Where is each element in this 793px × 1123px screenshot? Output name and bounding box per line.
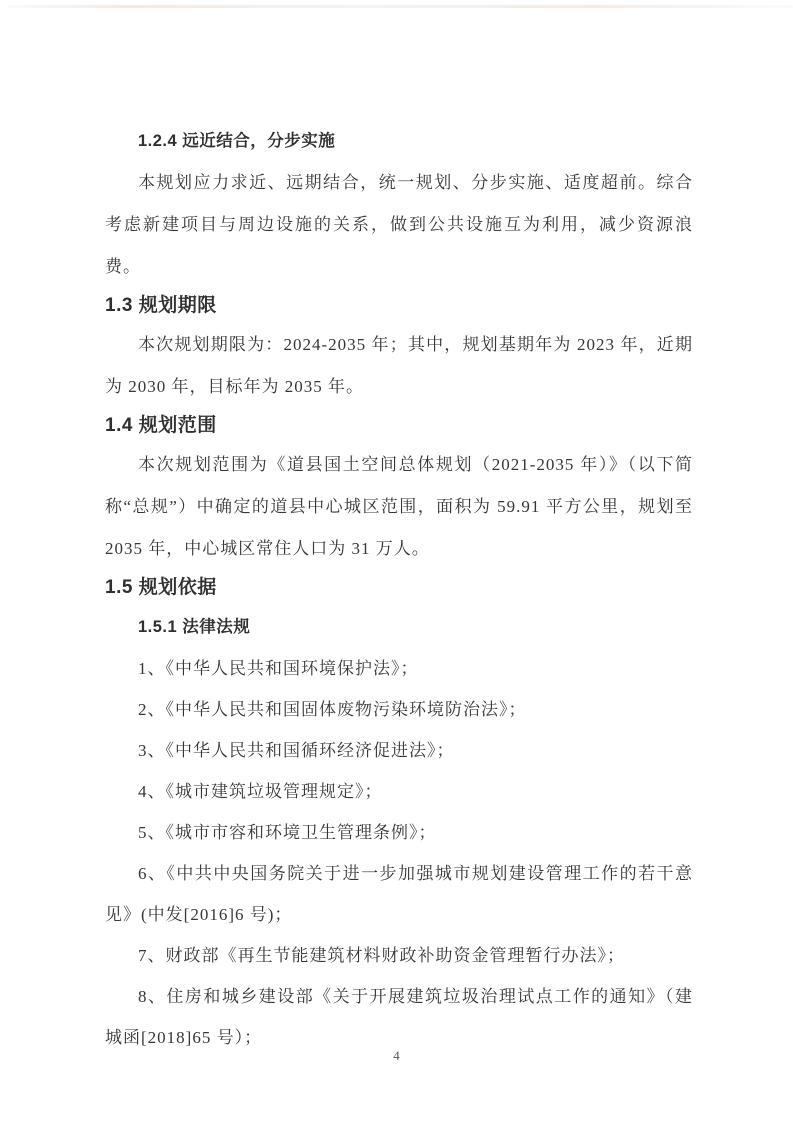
paragraph-1-3: 本次规划期限为：2024-2035 年；其中，规划基期年为 2023 年，近期为… bbox=[105, 324, 693, 408]
list-item-4: 4、《城市建筑垃圾管理规定》； bbox=[105, 771, 693, 812]
list-item-3: 3、《中华人民共和国循环经济促进法》； bbox=[105, 730, 693, 771]
section-heading-1-2-4: 1.2.4 远近结合，分步实施 bbox=[138, 120, 693, 162]
paragraph-1-2-4: 本规划应力求近、远期结合，统一规划、分步实施、适度超前。综合考虑新建项目与周边设… bbox=[105, 162, 693, 288]
list-item-6: 6、《中共中央国务院关于进一步加强城市规划建设管理工作的若干意见》(中发[201… bbox=[105, 853, 693, 935]
page-number: 4 bbox=[0, 1048, 793, 1064]
document-content: 1.2.4 远近结合，分步实施 本规划应力求近、远期结合，统一规划、分步实施、适… bbox=[105, 120, 693, 1058]
paragraph-1-4: 本次规划范围为《道县国土空间总体规划（2021-2035 年）》（以下简称“总规… bbox=[105, 444, 693, 570]
scan-artifact-line bbox=[8, 5, 793, 8]
document-page: 1.2.4 远近结合，分步实施 本规划应力求近、远期结合，统一规划、分步实施、适… bbox=[0, 0, 793, 1123]
section-heading-1-3: 1.3 规划期限 bbox=[105, 288, 693, 324]
section-heading-1-4: 1.4 规划范围 bbox=[105, 408, 693, 444]
list-item-2: 2、《中华人民共和国固体废物污染环境防治法》； bbox=[105, 689, 693, 730]
list-item-8: 8、住房和城乡建设部《关于开展建筑垃圾治理试点工作的通知》（建城函[2018]6… bbox=[105, 976, 693, 1058]
list-item-7: 7、财政部《再生节能建筑材料财政补助资金管理暂行办法》； bbox=[105, 935, 693, 976]
section-heading-1-5: 1.5 规划依据 bbox=[105, 570, 693, 606]
list-item-1: 1、《中华人民共和国环境保护法》； bbox=[105, 648, 693, 689]
section-heading-1-5-1: 1.5.1 法律法规 bbox=[138, 606, 693, 648]
list-item-5: 5、《城市市容和环境卫生管理条例》； bbox=[105, 812, 693, 853]
